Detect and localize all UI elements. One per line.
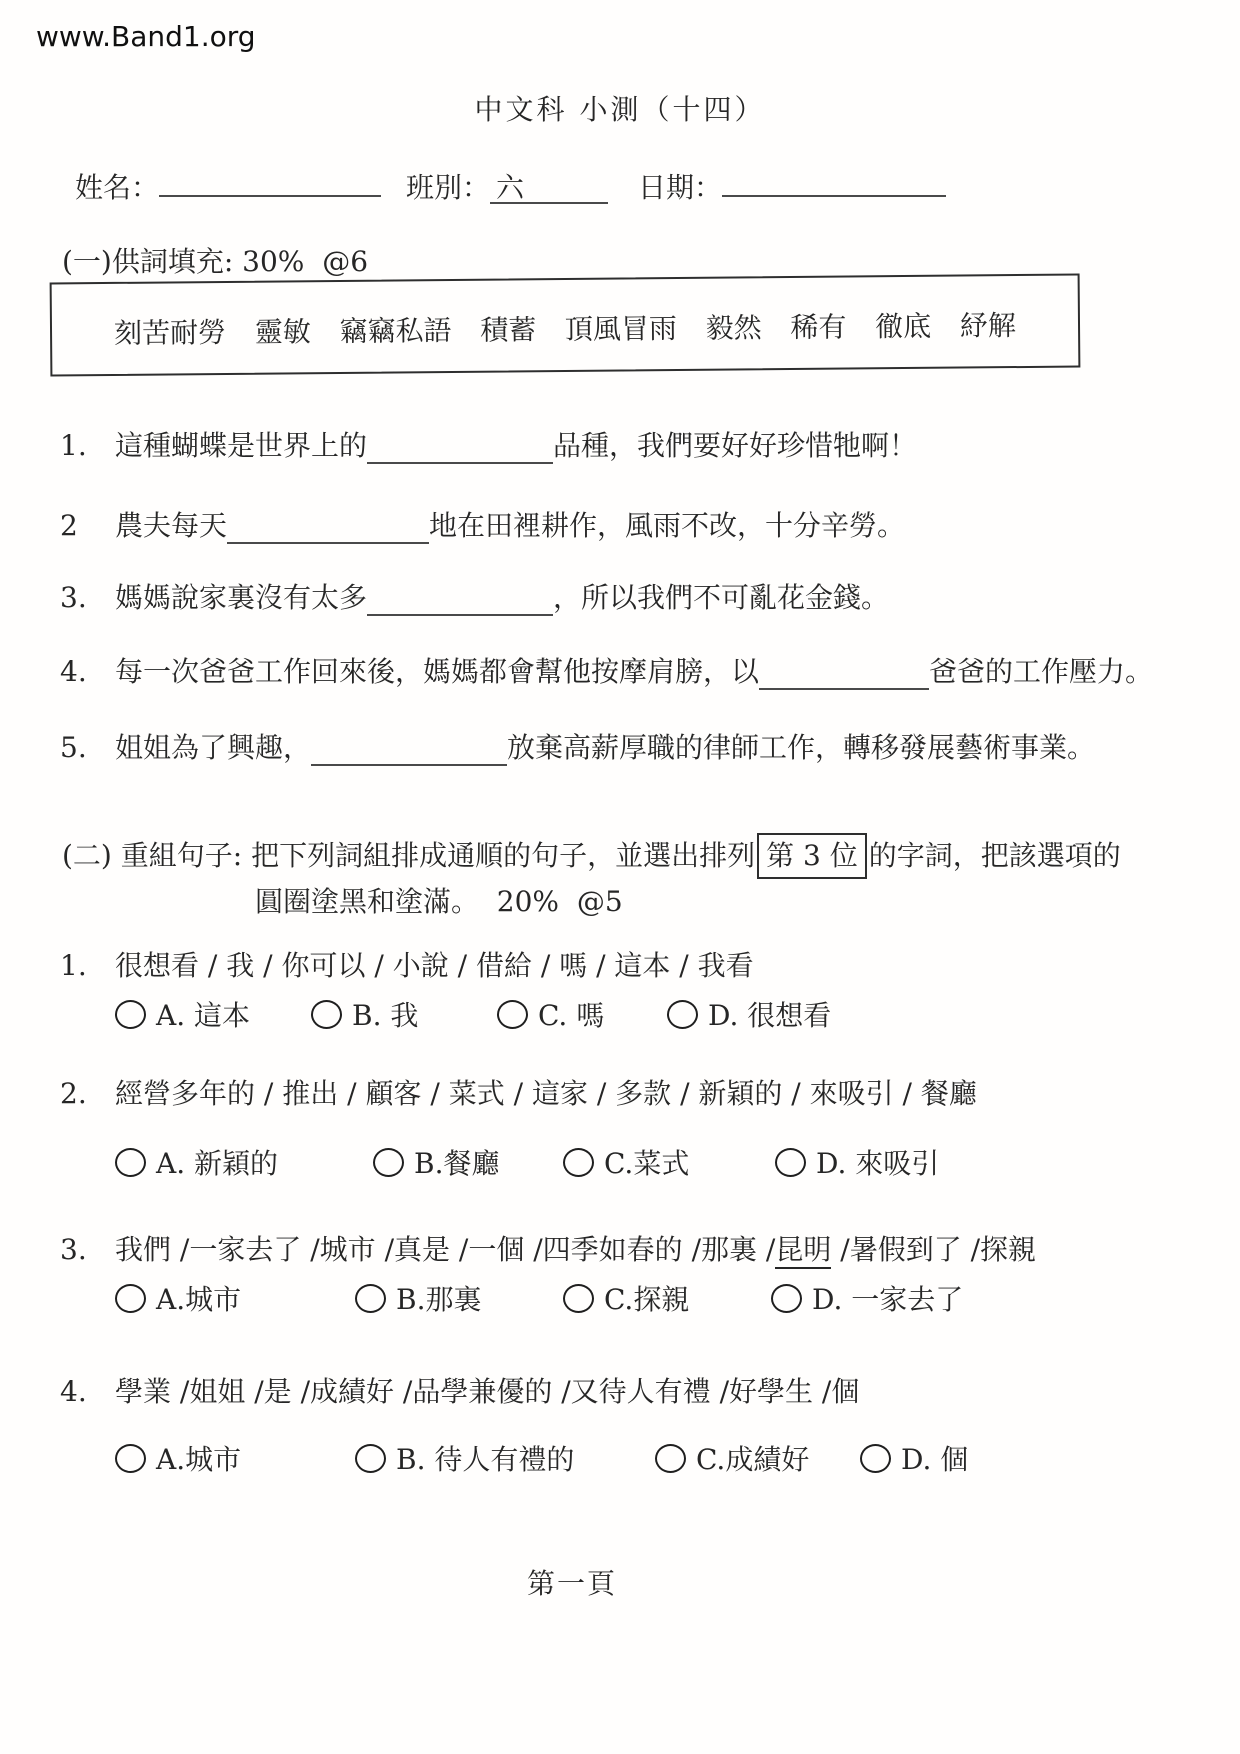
s2-q4-options: A.城市 B. 待人有禮的 C.成績好 D. 個 (115, 1438, 968, 1478)
option-d: D. 很想看 (667, 994, 831, 1034)
section1-heading: (一)供詞填充: 30% @6 (62, 240, 368, 280)
question-number: 3. (60, 1233, 115, 1266)
option-b: B.餐廳 (373, 1142, 563, 1182)
option-label: B.那裏 (396, 1278, 481, 1318)
question-text: 放棄高薪厚職的律師工作，轉移發展藝術事業。 (507, 731, 1095, 764)
class-label: 班別： (406, 166, 490, 206)
answer-bubble-icon[interactable] (667, 1000, 698, 1029)
s2-question-1: 1. 很想看 / 我 / 你可以 / 小說 / 借給 / 嗎 / 這本 / 我看 (60, 946, 1230, 986)
answer-bubble-icon[interactable] (115, 1444, 146, 1473)
date-label: 日期： (638, 166, 722, 206)
question-text: 這種蝴蝶是世界上的 (115, 429, 367, 462)
question-number: 3. (60, 581, 115, 614)
answer-bubble-icon[interactable] (311, 1000, 342, 1029)
s2-question-3: 3. 我們 /一家去了 /城市 /真是 /一個 /四季如春的 /那裏 /昆明 /… (60, 1230, 1230, 1270)
option-a: A. 這本 (115, 994, 311, 1034)
question-number: 4. (60, 655, 115, 688)
option-c: C. 嗎 (497, 994, 667, 1034)
question-number: 2 (60, 509, 115, 542)
option-d: D. 個 (860, 1438, 968, 1478)
question-number: 1. (60, 949, 115, 982)
option-label: B. 待人有禮的 (396, 1438, 574, 1478)
answer-bubble-icon[interactable] (563, 1148, 594, 1177)
option-a: A. 新穎的 (115, 1142, 373, 1182)
question-number: 2. (60, 1077, 115, 1110)
s1-question-1: 1. 這種蝴蝶是世界上的品種，我們要好好珍惜牠啊！ (60, 426, 1230, 466)
word-bank-item: 徹底 (875, 305, 931, 345)
s1-question-4: 4. 每一次爸爸工作回來後，媽媽都會幫他按摩肩膀，以爸爸的工作壓力。 (60, 652, 1230, 692)
sentence-text: 我們 /一家去了 /城市 /真是 /一個 /四季如春的 /那裏 / (115, 1233, 775, 1266)
answer-bubble-icon[interactable] (655, 1444, 686, 1473)
option-label: A. 新穎的 (156, 1142, 278, 1182)
page-title: 中文科 小測（十四） (0, 88, 1240, 128)
fill-blank[interactable] (311, 744, 507, 766)
question-text: 每一次爸爸工作回來後，媽媽都會幫他按摩肩膀，以 (115, 655, 759, 688)
question-number: 4. (60, 1375, 115, 1408)
option-b: B. 待人有禮的 (355, 1438, 655, 1478)
option-label: A.城市 (156, 1278, 241, 1318)
option-label: D. 很想看 (708, 994, 831, 1034)
answer-bubble-icon[interactable] (373, 1148, 404, 1177)
s1-question-5: 5. 姐姐為了興趣，放棄高薪厚職的律師工作，轉移發展藝術事業。 (60, 728, 1230, 768)
question-text: 姐姐為了興趣， (115, 731, 311, 764)
sentence-text: 學業 /姐姐 /是 /成績好 /品學兼優的 /又待人有禮 /好學生 /個 (115, 1375, 859, 1408)
name-label: 姓名： (75, 166, 159, 206)
class-blank[interactable]: 六 (490, 170, 608, 204)
option-a: A.城市 (115, 1278, 355, 1318)
word-bank-item: 竊竊私語 (339, 309, 451, 350)
word-bank-item: 頂風冒雨 (565, 307, 677, 348)
question-text: 媽媽說家裏沒有太多 (115, 581, 367, 614)
option-label: C.探親 (604, 1278, 689, 1318)
option-label: D. 個 (901, 1438, 968, 1478)
option-label: A.城市 (156, 1438, 241, 1478)
word-bank-item: 靈敏 (255, 310, 311, 350)
option-label: D. 一家去了 (812, 1278, 963, 1318)
fill-blank[interactable] (367, 442, 553, 464)
word-bank-item: 積蓄 (480, 308, 536, 348)
option-c: C.成績好 (655, 1438, 860, 1478)
name-blank[interactable] (159, 175, 381, 197)
s1-question-3: 3. 媽媽說家裏沒有太多，所以我們不可亂花金錢。 (60, 578, 1230, 618)
test-paper-page: www.Band1.org 中文科 小測（十四） 姓名：班別：六日期： (一)供… (0, 0, 1240, 1754)
question-text: 農夫每天 (115, 509, 227, 542)
section2-heading-text: (二) 重組句子: 把下列詞組排成通順的句子，並選出排列 (62, 839, 755, 872)
fill-blank[interactable] (227, 522, 429, 544)
answer-bubble-icon[interactable] (115, 1148, 146, 1177)
answer-bubble-icon[interactable] (860, 1444, 891, 1473)
s2-q3-options: A.城市 B.那裏 C.探親 D. 一家去了 (115, 1278, 963, 1318)
answer-bubble-icon[interactable] (355, 1444, 386, 1473)
option-c: C.菜式 (563, 1142, 775, 1182)
s2-q1-options: A. 這本 B. 我 C. 嗎 D. 很想看 (115, 994, 831, 1034)
section2-heading-line2: 圓圈塗黑和塗滿。 20% @5 (255, 880, 623, 920)
option-d: D. 一家去了 (771, 1278, 963, 1318)
answer-bubble-icon[interactable] (775, 1148, 806, 1177)
section2-heading-text: 的字詞，把該選項的 (869, 839, 1121, 872)
option-b: B. 我 (311, 994, 497, 1034)
answer-bubble-icon[interactable] (771, 1284, 802, 1313)
question-text: 品種，我們要好好珍惜牠啊！ (553, 429, 917, 462)
answer-bubble-icon[interactable] (115, 1284, 146, 1313)
fill-blank[interactable] (759, 668, 929, 690)
option-label: C. 嗎 (538, 994, 604, 1034)
question-text: 地在田裡耕作，風雨不改，十分辛勞。 (429, 509, 905, 542)
word-bank-item: 毅然 (706, 306, 762, 346)
fill-blank[interactable] (367, 594, 553, 616)
option-label: D. 來吸引 (816, 1142, 939, 1182)
answer-bubble-icon[interactable] (115, 1000, 146, 1029)
option-label: C.成績好 (696, 1438, 809, 1478)
page-footer: 第一頁 (0, 1562, 1240, 1602)
option-a: A.城市 (115, 1438, 355, 1478)
option-c: C.探親 (563, 1278, 771, 1318)
option-label: A. 這本 (156, 994, 250, 1034)
word-bank-item: 刻苦耐勞 (114, 311, 226, 352)
sentence-text: /暑假到了 /探親 (831, 1233, 1036, 1266)
s2-q2-options: A. 新穎的 B.餐廳 C.菜式 D. 來吸引 (115, 1142, 939, 1182)
third-position-box: 第 3 位 (757, 833, 867, 879)
question-number: 5. (60, 731, 115, 764)
sentence-text: 經營多年的 / 推出 / 顧客 / 菜式 / 這家 / 多款 / 新穎的 / 來… (115, 1077, 977, 1110)
answer-bubble-icon[interactable] (497, 1000, 528, 1029)
header-fields: 姓名：班別：六日期： (75, 166, 946, 206)
question-text: ，所以我們不可亂花金錢。 (553, 581, 889, 614)
answer-bubble-icon[interactable] (563, 1284, 594, 1313)
question-number: 1. (60, 429, 115, 462)
option-label: B.餐廳 (414, 1142, 499, 1182)
question-text: 爸爸的工作壓力。 (929, 655, 1153, 688)
option-d: D. 來吸引 (775, 1142, 939, 1182)
s2-question-4: 4. 學業 /姐姐 /是 /成績好 /品學兼優的 /又待人有禮 /好學生 /個 (60, 1372, 1230, 1412)
date-blank[interactable] (722, 175, 946, 197)
word-bank-item: 紓解 (960, 304, 1016, 344)
watermark: www.Band1.org (36, 20, 256, 53)
option-label: C.菜式 (604, 1142, 689, 1182)
underlined-word: 昆明 (775, 1233, 831, 1269)
answer-bubble-icon[interactable] (355, 1284, 386, 1313)
sentence-text: 很想看 / 我 / 你可以 / 小說 / 借給 / 嗎 / 這本 / 我看 (115, 949, 754, 982)
s2-question-2: 2. 經營多年的 / 推出 / 顧客 / 菜式 / 這家 / 多款 / 新穎的 … (60, 1074, 1230, 1114)
word-bank-box: 刻苦耐勞 靈敏 竊竊私語 積蓄 頂風冒雨 毅然 稀有 徹底 紓解 (50, 274, 1081, 377)
s1-question-2: 2 農夫每天地在田裡耕作，風雨不改，十分辛勞。 (60, 506, 1230, 546)
section2-heading: (二) 重組句子: 把下列詞組排成通順的句子，並選出排列第 3 位的字詞，把該選… (62, 833, 1212, 879)
option-label: B. 我 (352, 994, 418, 1034)
option-b: B.那裏 (355, 1278, 563, 1318)
word-bank-item: 稀有 (790, 306, 846, 346)
